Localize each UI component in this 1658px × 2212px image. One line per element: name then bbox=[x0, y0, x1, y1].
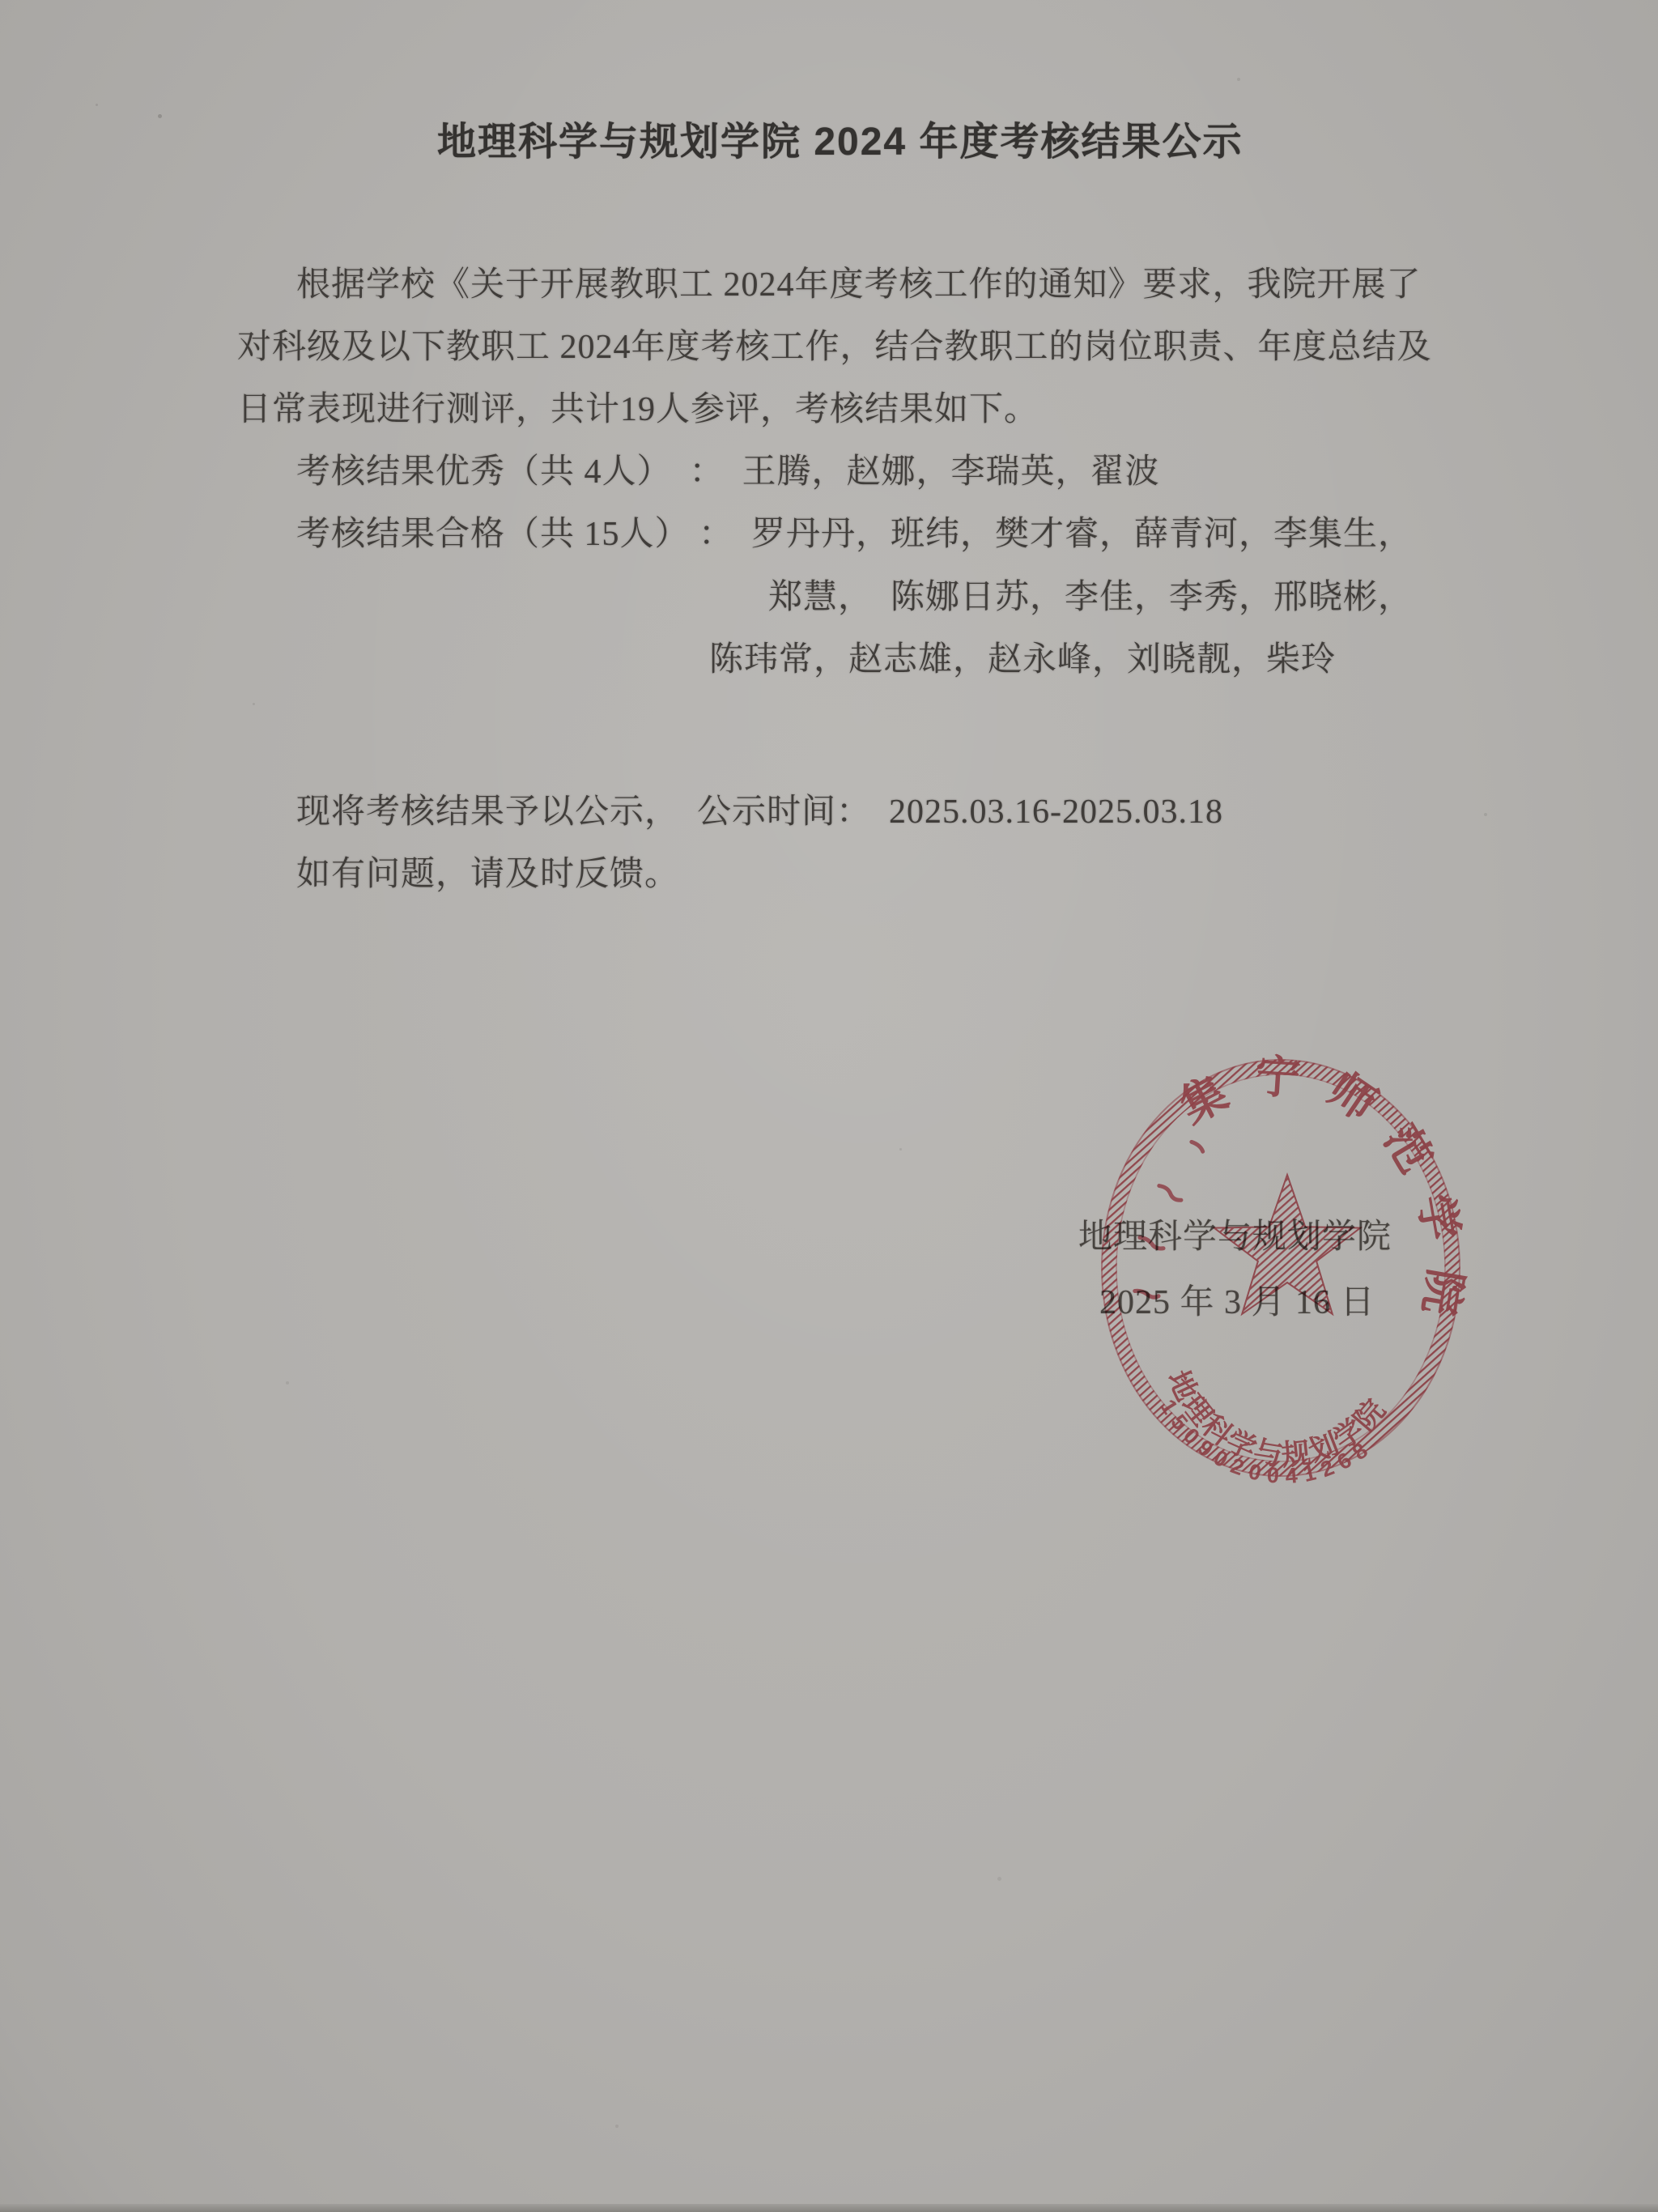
mongolian-script-marks bbox=[1134, 1140, 1203, 1299]
paper-speck bbox=[899, 1148, 902, 1151]
photo-edge bbox=[0, 2204, 1658, 2212]
intro-line-2: 对科级及以下教职工 2024年度考核工作，结合教职工的岗位职责、年度总结及 bbox=[237, 327, 1432, 368]
excellent-results-line: 考核结果优秀（共 4人） ： 王腾，赵娜，李瑞英，翟波 bbox=[296, 452, 1160, 492]
paper-speck bbox=[158, 114, 162, 118]
intro-line-3: 日常表现进行测评，共计19人参评，考核结果如下。 bbox=[237, 389, 1039, 430]
intro-line-1: 根据学校《关于开展教职工 2024年度考核工作的通知》要求，我院开展了 bbox=[296, 265, 1422, 305]
official-seal: 集宁师范学院 地理科学与规划学院 1509020041268 bbox=[1091, 1049, 1475, 1490]
paper-speck bbox=[253, 703, 255, 705]
paper-speck bbox=[1484, 813, 1487, 816]
qualified-results-line-2: 郑慧， 陈娜日苏，李佳，李秀，邢晓彬， bbox=[768, 577, 1413, 618]
paper-speck bbox=[615, 2125, 619, 2128]
feedback-line: 如有问题，请及时反馈。 bbox=[296, 854, 679, 895]
document-title: 地理科学与规划学院 2024 年度考核结果公示 bbox=[437, 120, 1243, 165]
qualified-results-line-3: 陈玮常，赵志雄，赵永峰，刘晓靓，柴玲 bbox=[709, 640, 1336, 680]
paper-speck bbox=[96, 104, 98, 106]
star-icon bbox=[1214, 1175, 1361, 1314]
publicity-line: 现将考核结果予以公示， 公示时间： 2025.03.16-2025.03.18 bbox=[296, 792, 1223, 832]
paper-speck bbox=[1237, 78, 1240, 81]
paper-speck bbox=[286, 1381, 289, 1385]
qualified-results-line-1: 考核结果合格（共 15人） ： 罗丹丹，班纬，樊才睿，薛青河，李集生， bbox=[296, 514, 1413, 555]
paper-speck bbox=[997, 1877, 1001, 1881]
